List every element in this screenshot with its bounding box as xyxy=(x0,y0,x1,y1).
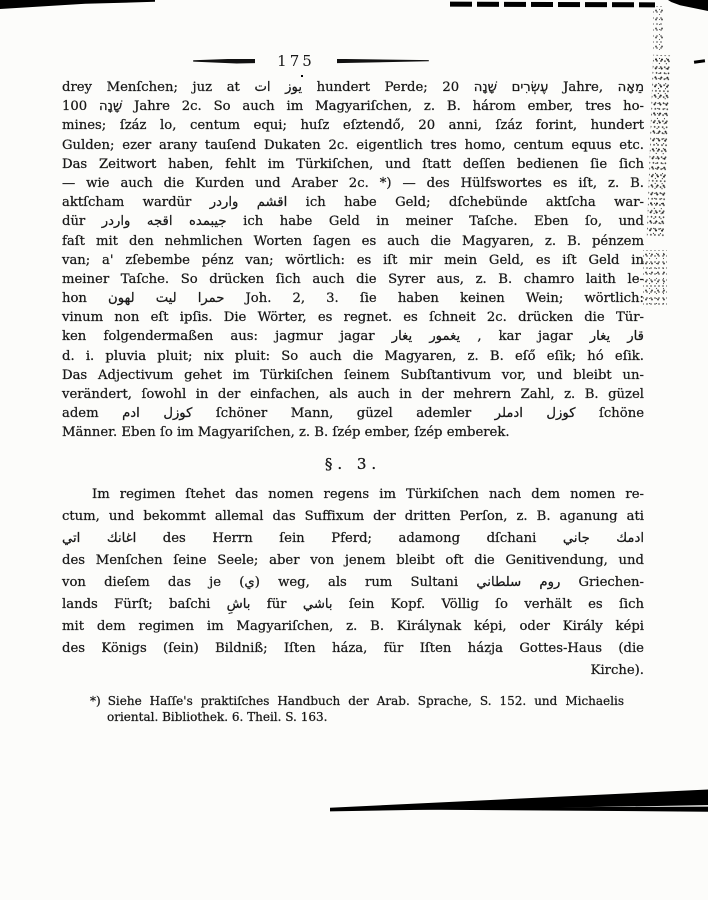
scan-artifact-top-left-edge xyxy=(0,0,155,9)
text-line: Kirche). xyxy=(62,660,644,682)
text-line: van; a' zſebembe pénz van; wörtlich: es … xyxy=(62,251,644,270)
scan-speck-under-page-number xyxy=(301,75,303,77)
text-line: Männer. Eben ſo im Magyariſchen, z. B. ſ… xyxy=(62,423,644,442)
text-line: mit dem regimen im Magyariſchen, z. B. K… xyxy=(62,616,644,638)
footnote-line: oriental. Bibliothek. 6. Theil. S. 163. xyxy=(62,709,624,726)
text-line: dür جيبمده اقجه واردر ich habe Geld in m… xyxy=(62,212,644,231)
text-line: meiner Taſche. So drücken ſich auch die … xyxy=(62,270,644,289)
text-line: ctum, und bekommt allemal das Suffixum d… xyxy=(62,506,644,528)
text-line: lands Fürſt; baſchi باشِ für باشي ſein K… xyxy=(62,594,644,616)
text-line: von dieſem das je (ي) weg, als rum Sulta… xyxy=(62,572,644,594)
footnote-marker: *) xyxy=(90,694,108,708)
text-line: hon حمرا ليت لهون Joh. 2, 3. ſie haben k… xyxy=(62,289,644,308)
text-line: mines; ſzáz lo, centum equi; huſz eſzten… xyxy=(62,116,644,135)
scan-noise-right-margin-top xyxy=(653,6,663,50)
header-rule-right-icon xyxy=(337,59,429,64)
text-line: des Menſchen ſeine Seele; aber von jenem… xyxy=(62,550,644,572)
text-line: — wie auch die Kurden und Araber 2c. *) … xyxy=(62,174,644,193)
text-line: d. i. pluvia pluit; nix pluit: So auch d… xyxy=(62,347,644,366)
footnote-line: *)Siehe Haſſe's praktiſches Handbuch der… xyxy=(62,693,624,710)
text-line: aktſcham wardür اقشم واردر ich habe Geld… xyxy=(62,193,644,212)
text-line: Im regimen ſtehet das nomen regens im Tü… xyxy=(62,484,644,506)
text-line: faſt mit den nehmlichen Worten ſagen es … xyxy=(62,232,644,251)
scan-noise-right-margin-lower xyxy=(643,250,667,306)
text-line: Das Adjectivum gehet im Türkiſchen ſeine… xyxy=(62,366,644,385)
text-column: drey Menſchen; juz at يوز ات hundert Per… xyxy=(62,78,644,726)
text-line: Das Zeitwort haben, fehlt im Türkiſchen,… xyxy=(62,155,644,174)
scanned-book-page: 175 drey Menſchen; juz at يوز ات hundert… xyxy=(0,0,708,900)
footnote: *)Siehe Haſſe's praktiſches Handbuch der… xyxy=(62,693,624,726)
text-line: drey Menſchen; juz at يوز ات hundert Per… xyxy=(62,78,644,97)
text-line: اغانك اتي des Herrn ſein Pferd; adamong … xyxy=(62,528,644,550)
text-line: vinum non eſt ipſis. Die Wörter, es regn… xyxy=(62,308,644,327)
text-line: verändert, ſowohl in der einfachen, als … xyxy=(62,385,644,404)
footnote-text: Siehe Haſſe's praktiſches Handbuch der A… xyxy=(108,694,624,708)
page-number: 175 xyxy=(275,54,317,69)
paragraph-1: drey Menſchen; juz at يوز ات hundert Per… xyxy=(62,78,644,443)
header-rule-left-icon xyxy=(193,59,255,64)
scan-speck-right-margin xyxy=(694,59,705,64)
text-line: Gulden; ezer arany tauſend Dukaten 2c. e… xyxy=(62,136,644,155)
text-line: ken folgendermaßen aus: jagmur jagar يغم… xyxy=(62,327,644,346)
text-line: שָׁנָה 100 Jahre 2c. So auch im Magyariſ… xyxy=(62,97,644,116)
paragraph-2: Im regimen ſtehet das nomen regens im Tü… xyxy=(62,484,644,682)
scan-artifact-top-mid-edge xyxy=(450,2,655,8)
scan-noise-right-margin-upper xyxy=(647,55,670,237)
text-line: adem كوزل ادم ſchöner Mann, güzel ademle… xyxy=(62,404,644,423)
text-line: des Königs (ſein) Bildniß; Iſten háza, f… xyxy=(62,638,644,660)
section-heading: §. 3. xyxy=(62,455,644,477)
scan-artifact-top-right-corner xyxy=(668,0,708,13)
running-head: 175 xyxy=(20,50,602,72)
